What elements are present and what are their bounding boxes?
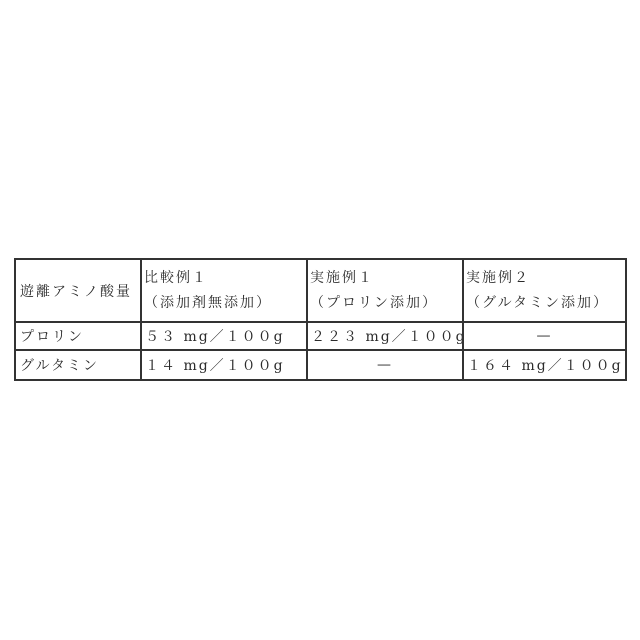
- cell-value: １４ mg／１００g: [141, 350, 307, 380]
- cell-value: ２２３ mg／１００g: [307, 322, 463, 350]
- table-header-row: 遊離アミノ酸量 比較例１ （添加剤無添加） 実施例１ （プロリン添加） 実施例２…: [15, 259, 626, 322]
- table-row-proline: プロリン ５３ mg／１００g ２２３ mg／１００g —: [15, 322, 626, 350]
- cell-value: ５３ mg／１００g: [141, 322, 307, 350]
- row-label: グルタミン: [15, 350, 141, 380]
- column-title: 実施例２: [466, 266, 625, 291]
- cell-value: １６４ mg／１００g: [463, 350, 626, 380]
- column-header-example-1: 実施例１ （プロリン添加）: [307, 259, 463, 322]
- free-amino-acid-table: 遊離アミノ酸量 比較例１ （添加剤無添加） 実施例１ （プロリン添加） 実施例２…: [14, 258, 627, 381]
- column-subtitle: （プロリン添加）: [310, 291, 462, 316]
- table-row-glutamine: グルタミン １４ mg／１００g — １６４ mg／１００g: [15, 350, 626, 380]
- table-corner-label: 遊離アミノ酸量: [15, 259, 141, 322]
- document-page: 遊離アミノ酸量 比較例１ （添加剤無添加） 実施例１ （プロリン添加） 実施例２…: [0, 0, 640, 640]
- column-title: 比較例１: [144, 266, 306, 291]
- column-header-example-2: 実施例２ （グルタミン添加）: [463, 259, 626, 322]
- column-subtitle: （グルタミン添加）: [466, 291, 625, 316]
- column-subtitle: （添加剤無添加）: [144, 291, 306, 316]
- cell-value-empty: —: [307, 350, 463, 380]
- row-label: プロリン: [15, 322, 141, 350]
- column-header-comparative-example-1: 比較例１ （添加剤無添加）: [141, 259, 307, 322]
- cell-value-empty: —: [463, 322, 626, 350]
- column-title: 実施例１: [310, 266, 462, 291]
